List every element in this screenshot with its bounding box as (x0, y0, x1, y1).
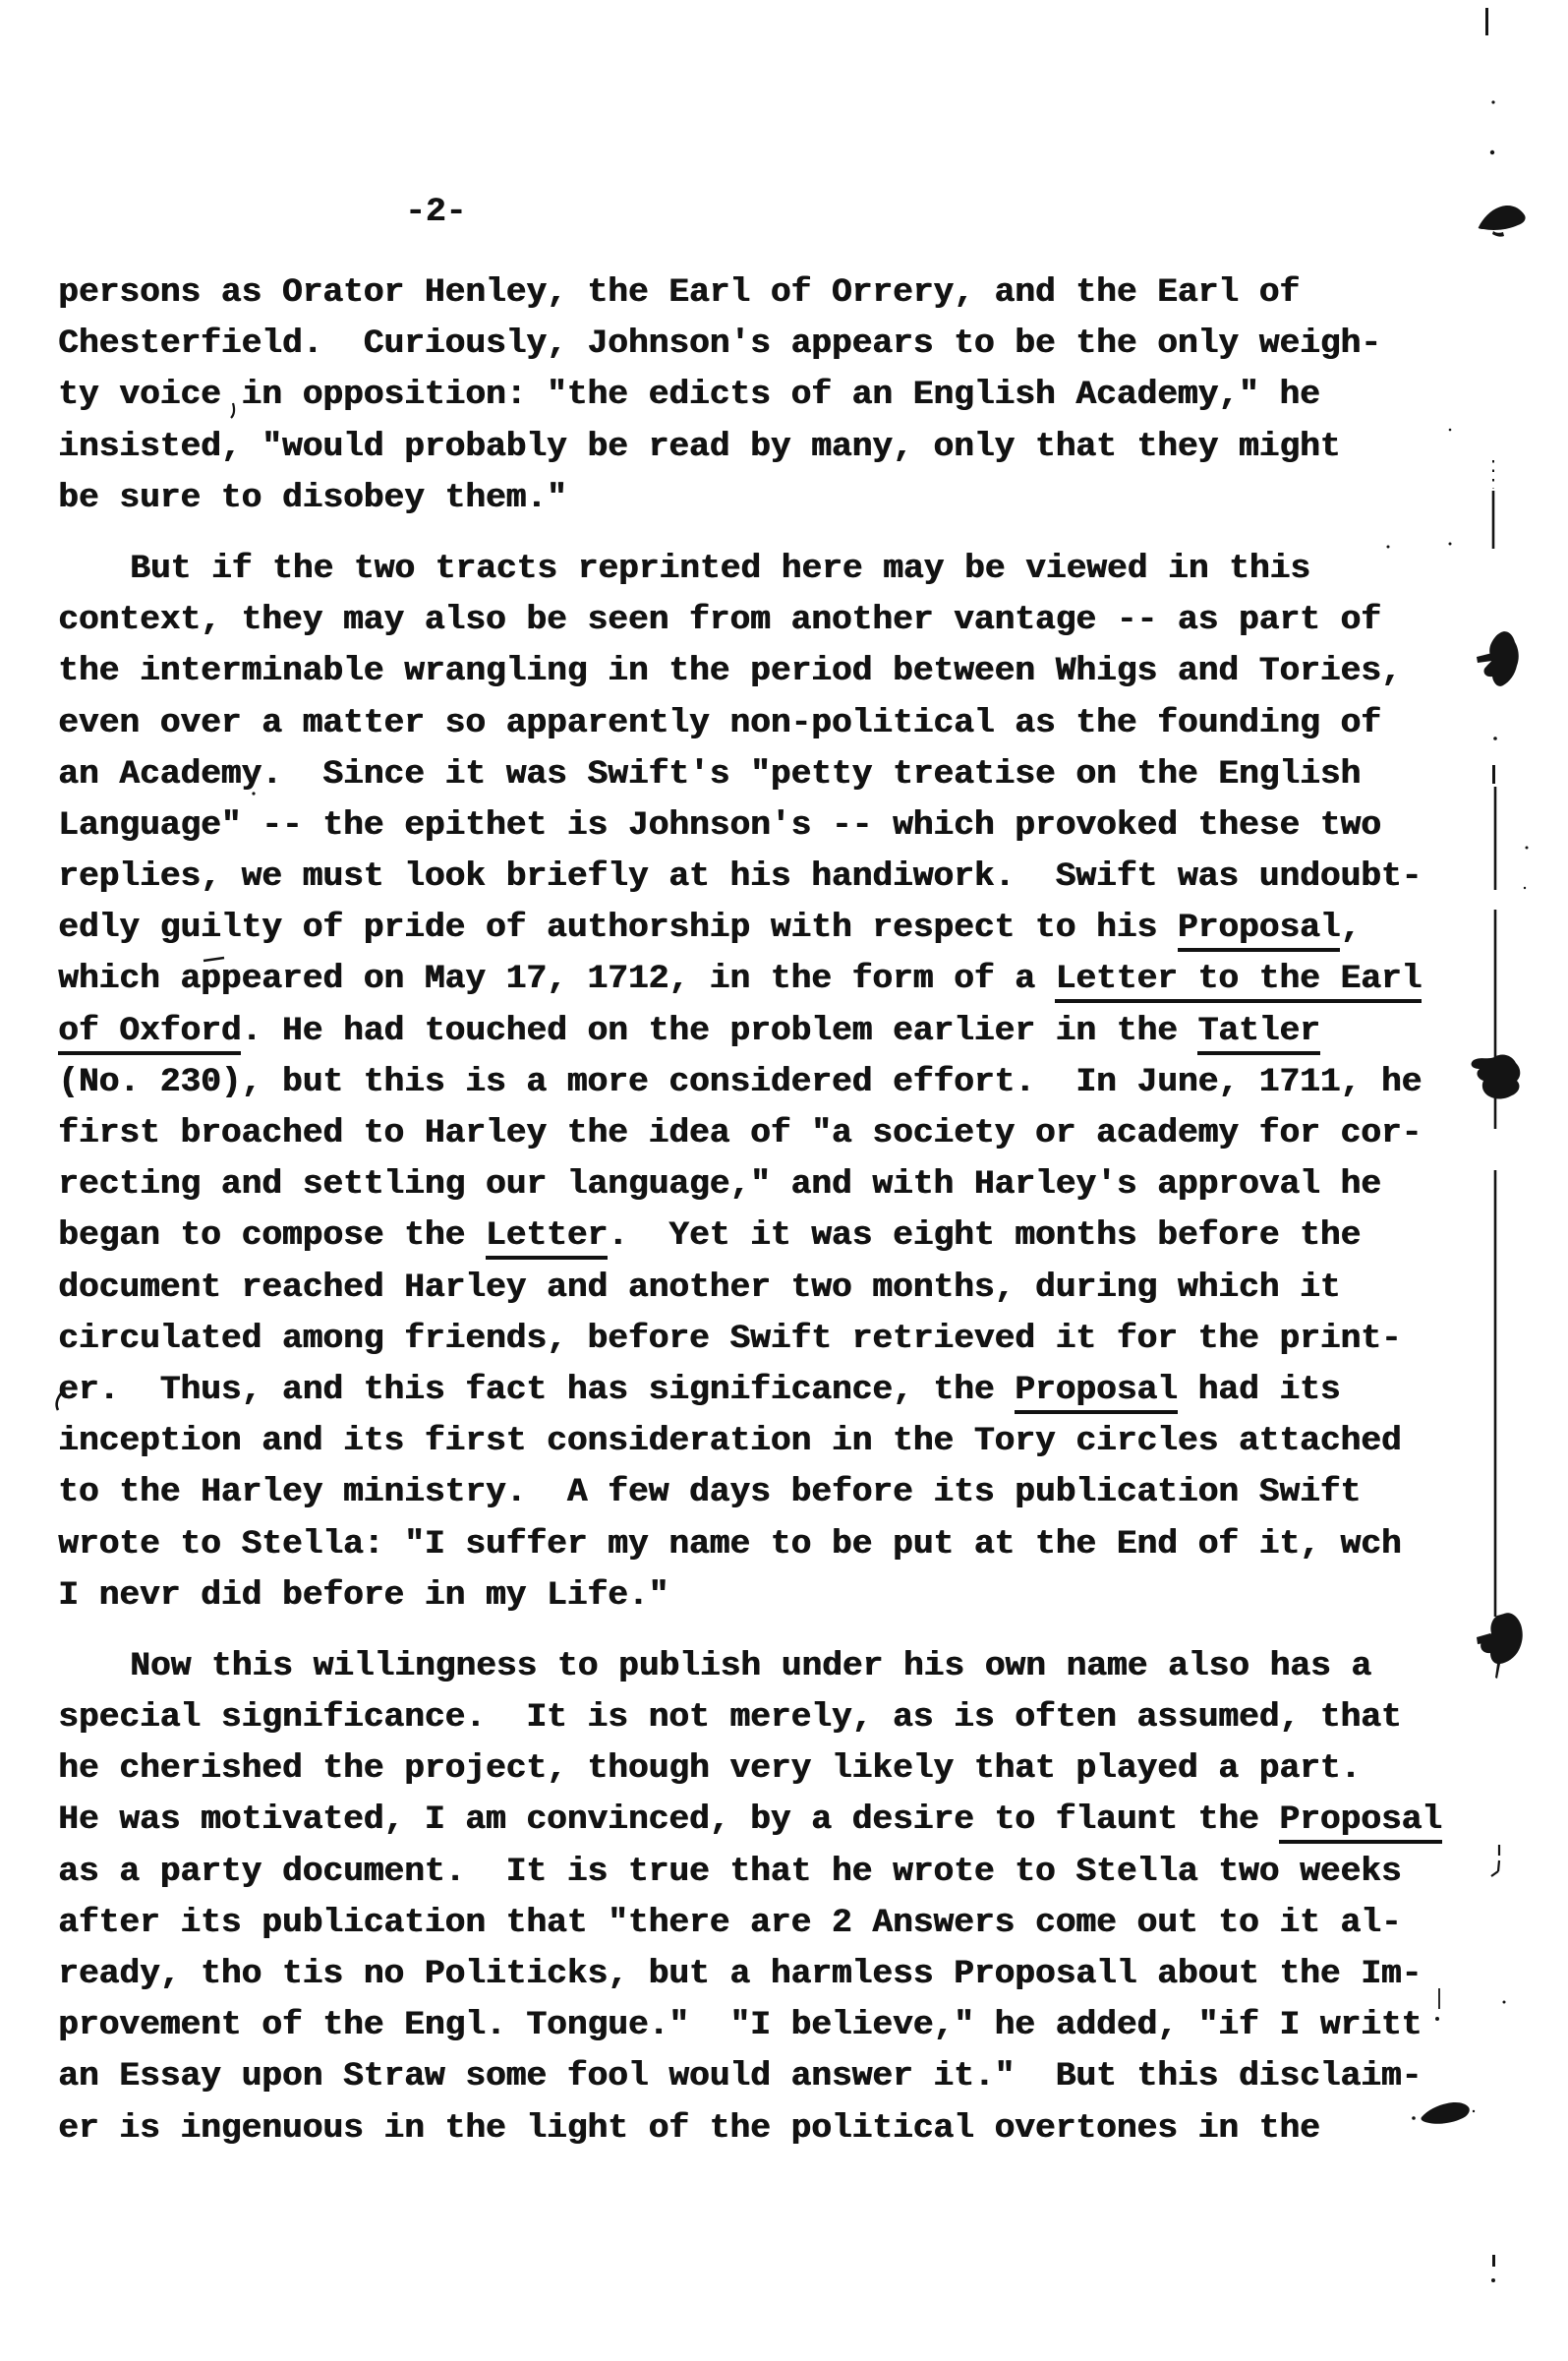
text-line: special significance. It is not merely, … (58, 1692, 1442, 1743)
text-segment: Chesterfield. Curiously, Johnson's appea… (58, 325, 1381, 363)
top-edge-tick (1485, 8, 1488, 35)
text-line: after its publication that "there are 2 … (58, 1898, 1442, 1949)
top-speck-2 (1490, 150, 1494, 154)
text-segment: . Yet it was eight months before the (608, 1216, 1361, 1255)
text-segment: an Essay upon Straw some fool would answ… (58, 2057, 1422, 2095)
text-segment: had its (1178, 1371, 1341, 1409)
text-line: first broached to Harley the idea of "a … (58, 1108, 1442, 1159)
text-segment: ready, tho tis no Politicks, but a harml… (58, 1955, 1422, 1993)
text-segment: inception and its first consideration in… (58, 1422, 1401, 1460)
text-segment: as a party document. It is true that he … (58, 1853, 1401, 1891)
text-segment: began to compose the (58, 1216, 486, 1255)
scribble-blob-1 (1483, 631, 1518, 686)
text-line: began to compose the Letter. Yet it was … (58, 1210, 1442, 1262)
text-segment: But if the two tracts reprinted here may… (130, 550, 1310, 588)
text-segment: ty voice in opposition: "the edicts of a… (58, 376, 1320, 414)
underlined-text: Proposal (1178, 909, 1341, 952)
scan-page: -2- persons as Orator Henley, the Earl o… (0, 0, 1568, 2361)
text-segment: to the Harley ministry. A few days befor… (58, 1473, 1361, 1511)
text-segment: he cherished the project, though very li… (58, 1749, 1361, 1788)
text-line: he cherished the project, though very li… (58, 1743, 1442, 1795)
text-line: inception and its first consideration in… (58, 1416, 1442, 1467)
text-line: be sure to disobey them." (58, 473, 1442, 524)
text-line: edly guilty of pride of authorship with … (58, 903, 1442, 954)
text-line: as a party document. It is true that he … (58, 1847, 1442, 1898)
text-segment: after its publication that "there are 2 … (58, 1904, 1401, 1942)
small-tick (1492, 765, 1495, 784)
text-line: an Essay upon Straw some fool would answ… (58, 2051, 1442, 2102)
small-dot (1493, 737, 1497, 740)
smear-speck-2 (1473, 2110, 1475, 2112)
underlined-text: Tatler (1197, 1012, 1319, 1055)
text-line: recting and settling our language," and … (58, 1159, 1442, 1210)
text-segment: special significance. It is not merely, … (58, 1698, 1401, 1737)
text-line: ty voice in opposition: "the edicts of a… (58, 370, 1442, 421)
text-line: I nevr did before in my Life." (58, 1570, 1442, 1622)
text-line: Now this willingness to publish under hi… (58, 1641, 1442, 1692)
document-text: persons as Orator Henley, the Earl of Or… (58, 267, 1442, 2154)
text-segment: Language" -- the epithet is Johnson's --… (58, 806, 1381, 845)
text-segment: . He had touched on the problem earlier … (241, 1012, 1197, 1050)
text-line: to the Harley ministry. A few days befor… (58, 1467, 1442, 1518)
dashed-tick (1491, 1845, 1499, 1876)
scribble-blob-1-spike (1477, 653, 1492, 663)
text-line: context, they may also be seen from anot… (58, 595, 1442, 646)
text-segment: even over a matter so apparently non-pol… (58, 704, 1381, 742)
text-line: which appeared on May 17, 1712, in the f… (58, 954, 1442, 1005)
scribble-blob-3 (1481, 1613, 1523, 1664)
text-segment: (No. 230), but this is a more considered… (58, 1063, 1422, 1101)
text-segment: He was motivated, I am convinced, by a d… (58, 1800, 1279, 1839)
underlined-text: Letter (486, 1216, 608, 1260)
text-segment: er is ingenuous in the light of the poli… (58, 2109, 1320, 2148)
text-segment: Now this willingness to publish under hi… (130, 1647, 1371, 1685)
text-segment: document reached Harley and another two … (58, 1269, 1340, 1307)
text-segment: , (1340, 909, 1361, 947)
text-segment: which appeared on May 17, 1712, in the f… (58, 960, 1055, 998)
bottom-dot (1491, 2278, 1495, 2282)
text-line: document reached Harley and another two … (58, 1263, 1442, 1314)
text-segment: persons as Orator Henley, the Earl of Or… (58, 273, 1300, 312)
text-line: even over a matter so apparently non-pol… (58, 698, 1442, 749)
text-line: the interminable wrangling in the period… (58, 646, 1442, 697)
text-segment: wrote to Stella: "I suffer my name to be… (58, 1525, 1401, 1564)
underlined-text: Proposal (1015, 1371, 1178, 1414)
text-segment: recting and settling our language," and … (58, 1165, 1381, 1204)
text-segment: edly guilty of pride of authorship with … (58, 909, 1178, 947)
text-line: persons as Orator Henley, the Earl of Or… (58, 267, 1442, 319)
scribble-blob-3-spike (1477, 1633, 1491, 1644)
page-number: -2- (405, 193, 466, 231)
top-speck-1 (1491, 100, 1494, 103)
text-line: of Oxford. He had touched on the problem… (58, 1006, 1442, 1057)
text-segment: circulated among friends, before Swift r… (58, 1320, 1401, 1358)
text-segment: insisted, "would probably be read by man… (58, 428, 1340, 466)
text-line: (No. 230), but this is a more considered… (58, 1057, 1442, 1108)
text-segment: context, they may also be seen from anot… (58, 601, 1381, 639)
checkmark-swoosh (1479, 206, 1526, 230)
checkmark-swoosh-tail (1492, 231, 1504, 237)
text-segment: first broached to Harley the idea of "a … (58, 1114, 1422, 1152)
text-segment: be sure to disobey them." (58, 479, 567, 517)
text-line: insisted, "would probably be read by man… (58, 422, 1442, 473)
bottom-tick (1492, 2255, 1495, 2267)
text-segment: an Academy. Since it was Swift's "petty … (58, 755, 1361, 794)
underlined-text: Proposal (1279, 1800, 1442, 1844)
text-line: an Academy. Since it was Swift's "petty … (58, 749, 1442, 800)
text-segment: replies, we must look briefly at his han… (58, 857, 1422, 896)
underlined-text: Letter to the Earl (1055, 960, 1422, 1003)
text-segment: I nevr did before in my Life." (58, 1576, 668, 1615)
scribble-blob-3-tail (1495, 1664, 1500, 1679)
text-segment: er. Thus, and this fact has significance… (58, 1371, 1015, 1409)
text-line: He was motivated, I am convinced, by a d… (58, 1795, 1442, 1846)
text-line: Language" -- the epithet is Johnson's --… (58, 800, 1442, 852)
underlined-text: of Oxford (58, 1012, 241, 1055)
text-line: circulated among friends, before Swift r… (58, 1314, 1442, 1365)
text-line: replies, we must look briefly at his han… (58, 852, 1442, 903)
text-line: wrote to Stella: "I suffer my name to be… (58, 1519, 1442, 1570)
text-segment: the interminable wrangling in the period… (58, 652, 1401, 690)
scribble-blob-2 (1472, 1055, 1521, 1099)
text-line: er. Thus, and this fact has significance… (58, 1365, 1442, 1416)
text-line: ready, tho tis no Politicks, but a harml… (58, 1949, 1442, 2000)
text-line: provement of the Engl. Tongue." "I belie… (58, 2000, 1442, 2051)
text-line: er is ingenuous in the light of the poli… (58, 2103, 1442, 2154)
text-line: Chesterfield. Curiously, Johnson's appea… (58, 319, 1442, 370)
text-line: But if the two tracts reprinted here may… (58, 544, 1442, 595)
text-segment: provement of the Engl. Tongue." "I belie… (58, 2006, 1422, 2044)
